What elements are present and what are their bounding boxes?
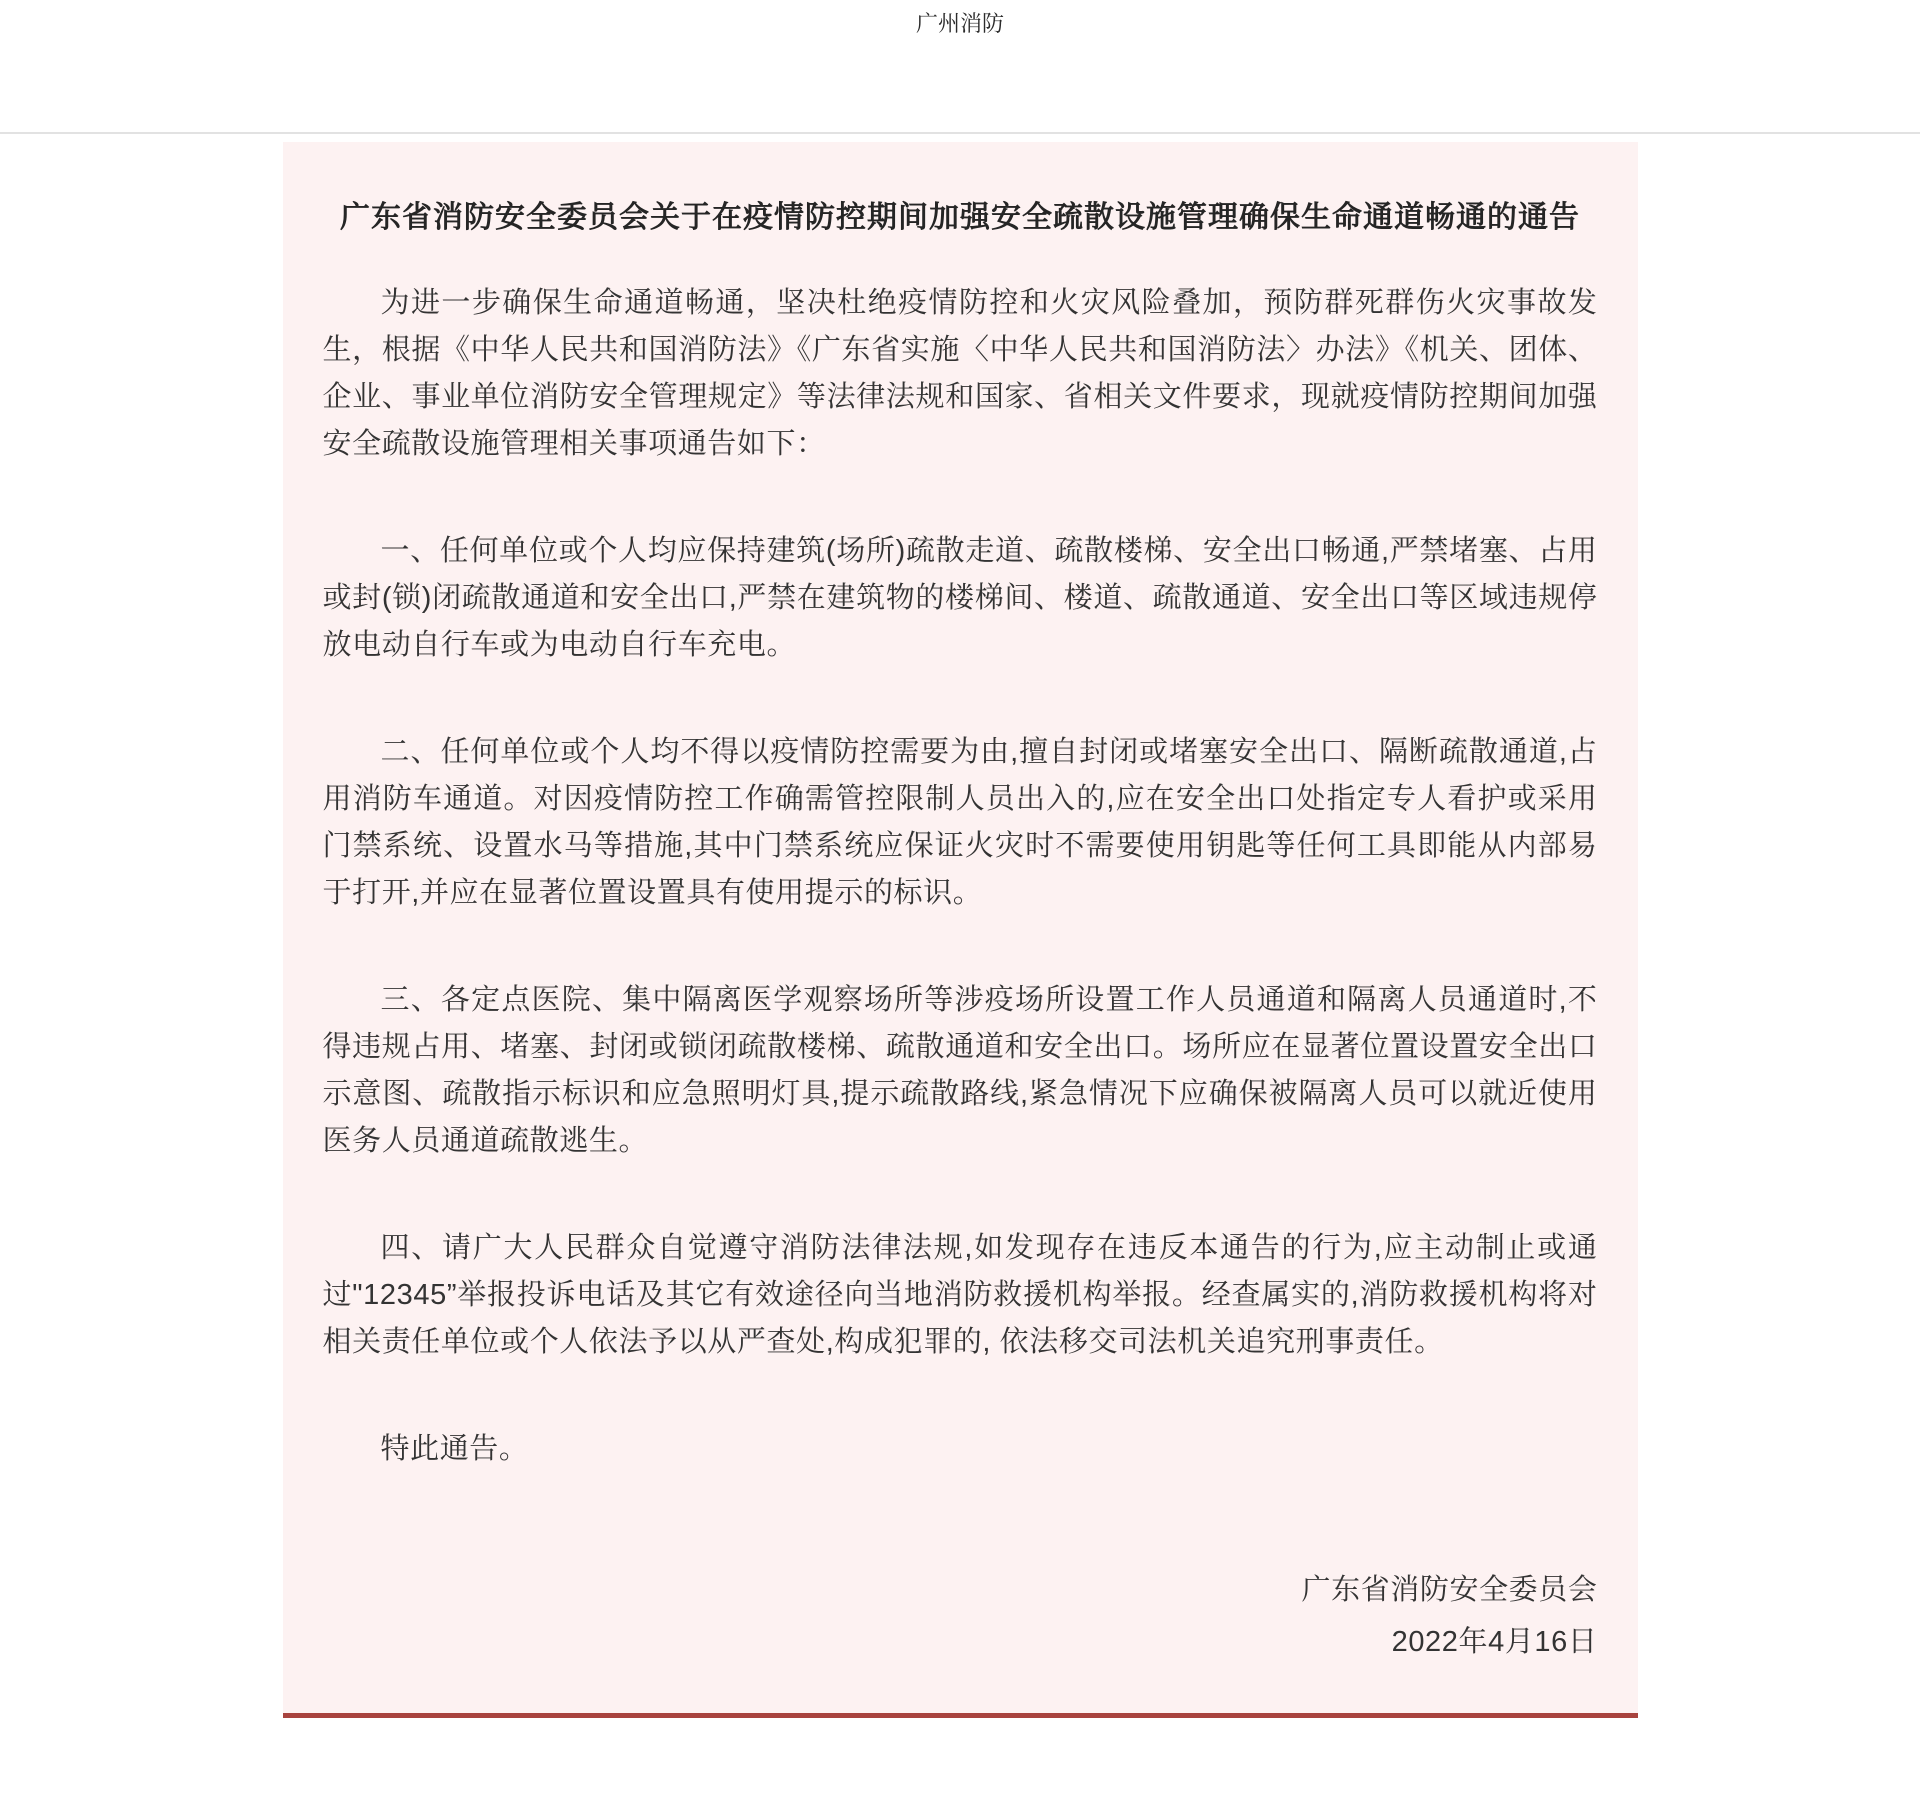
notice-title: 广东省消防安全委员会关于在疫情防控期间加强安全疏散设施管理确保生命通道畅通的通告 (323, 199, 1598, 236)
notice-item-4: 四、请广大人民群众自觉遵守消防法律法规,如发现存在违反本通告的行为,应主动制止或… (323, 1225, 1598, 1366)
notice-signature: 广东省消防安全委员会 2022年4月16日 (323, 1564, 1598, 1668)
notice-item-2: 二、任何单位或个人均不得以疫情防控需要为由,擅自封闭或堵塞安全出口、隔断疏散通道… (323, 729, 1598, 917)
notice-item-3: 三、各定点医院、集中隔离医学观察场所等涉疫场所设置工作人员通道和隔离人员通道时,… (323, 977, 1598, 1165)
notice-closing: 特此通告。 (323, 1426, 1598, 1473)
notice-intro-paragraph: 为进一步确保生命通道畅通，坚决杜绝疫情防控和火灾风险叠加，预防群死群伤火灾事故发… (323, 280, 1598, 468)
page-title: 广州消防 (916, 0, 1004, 37)
signature-org: 广东省消防安全委员会 (323, 1564, 1598, 1616)
page-header: 广州消防 (0, 0, 1920, 134)
notice-item-1: 一、任何单位或个人均应保持建筑(场所)疏散走道、疏散楼梯、安全出口畅通,严禁堵塞… (323, 528, 1598, 669)
notice-panel: 广东省消防安全委员会关于在疫情防控期间加强安全疏散设施管理确保生命通道畅通的通告… (283, 142, 1638, 1718)
signature-date: 2022年4月16日 (323, 1616, 1598, 1668)
bottom-whitespace (0, 1718, 1920, 1760)
page: { "header": { "title": "广州消防" }, "notice… (0, 0, 1920, 1808)
